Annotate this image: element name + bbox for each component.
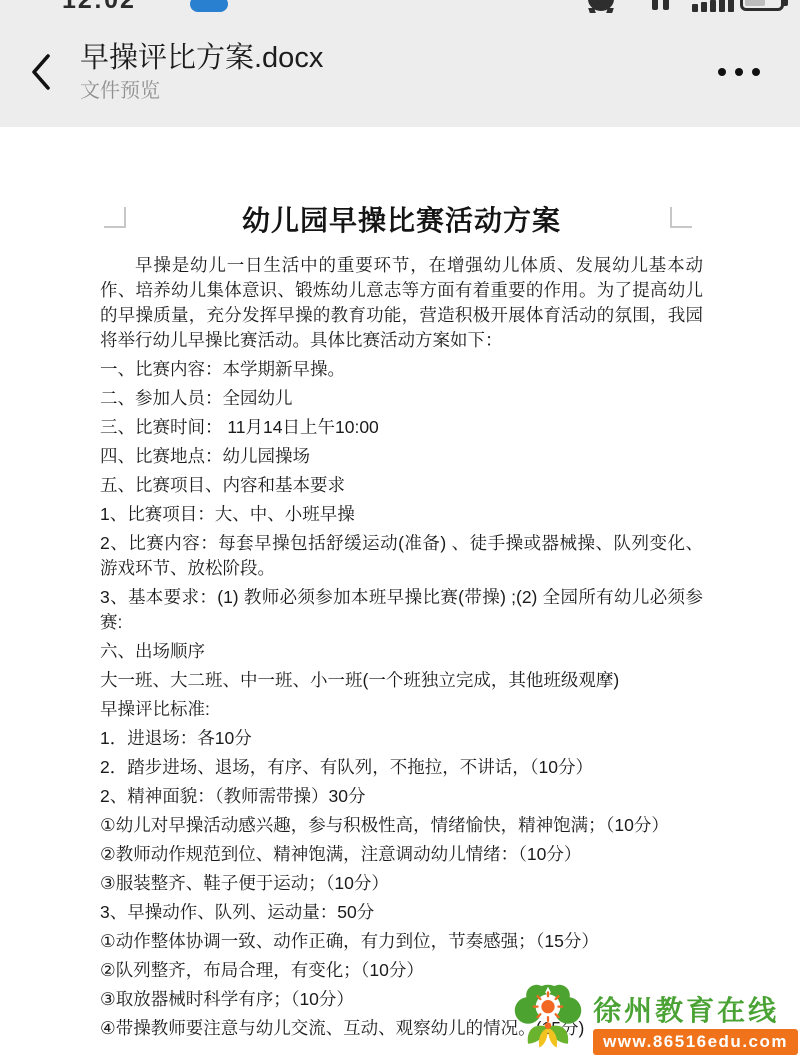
chevron-left-icon bbox=[28, 52, 52, 92]
preview-label: 文件预览 bbox=[80, 79, 323, 103]
status-bar: 12:02 bbox=[0, 0, 800, 16]
doc-paragraph: ③服装整齐、鞋子便于运动；（10分） bbox=[100, 871, 703, 896]
doc-paragraph: 2、精神面貌：（教师需带操）30分 bbox=[100, 784, 703, 809]
battery-icon bbox=[740, 0, 784, 11]
doc-paragraph: 2、比赛内容：每套早操包括舒缓运动(准备) 、徒手操或器械操、队列变化、游戏环节… bbox=[100, 531, 703, 581]
page-corner-mark-right bbox=[670, 207, 692, 228]
doc-paragraph: 3、基本要求：(1) 教师必须参加本班早操比赛(带操) ;(2) 全园所有幼儿必… bbox=[100, 585, 703, 635]
signal-bars-icon bbox=[692, 0, 734, 12]
doc-paragraph: 1、比赛项目：大、中、小班早操 bbox=[100, 502, 703, 527]
doc-body: 一、比赛内容：本学期新早操。二、参加人员：全园幼儿三、比赛时间： 11月14日上… bbox=[100, 357, 703, 1041]
doc-paragraph: ②教师动作规范到位、精神饱满，注意调动幼儿情绪：（10分） bbox=[100, 842, 703, 867]
doc-paragraph: ②队列整齐，布局合理，有变化；（10分） bbox=[100, 958, 703, 983]
site-name: 徐州教育在线 bbox=[593, 996, 779, 1026]
back-button[interactable] bbox=[22, 47, 58, 97]
doc-paragraph: 六、出场顺序 bbox=[100, 639, 703, 664]
doc-paragraph: ①动作整体协调一致、动作正确，有力到位，节奏感强；（15分） bbox=[100, 929, 703, 954]
doc-paragraph: 三、比赛时间： 11月14日上午10:00 bbox=[100, 415, 703, 440]
header-titles: 早操评比方案.docx 文件预览 bbox=[80, 40, 323, 103]
preview-header: 早操评比方案.docx 文件预览 bbox=[0, 16, 800, 127]
doc-intro-paragraph: 早操是幼儿一日生活中的重要环节，在增强幼儿体质、发展幼儿基本动作、培养幼儿集体意… bbox=[100, 253, 703, 353]
document-title: 幼儿园早操比赛活动方案 bbox=[100, 203, 703, 239]
doc-paragraph: 早操评比标准: bbox=[100, 697, 703, 722]
alarm-clock-icon bbox=[588, 0, 614, 11]
doc-paragraph: 3、早操动作、队列、运动量：50分 bbox=[100, 900, 703, 925]
doc-paragraph: ①幼儿对早操活动感兴趣，参与积极性高，情绪愉快，精神饱满；（10分） bbox=[100, 813, 703, 838]
doc-paragraph: 五、比赛项目、内容和基本要求 bbox=[100, 473, 703, 498]
notification-badge-icon bbox=[190, 0, 228, 12]
ellipsis-icon bbox=[718, 68, 726, 76]
doc-paragraph: 大一班、大二班、中一班、小一班(一个班独立完成，其他班级观摩) bbox=[100, 668, 703, 693]
site-watermark: 徐州教育在线 www.86516edu.com bbox=[505, 981, 798, 1057]
doc-page: 幼儿园早操比赛活动方案 早操是幼儿一日生活中的重要环节，在增强幼儿体质、发展幼儿… bbox=[0, 127, 800, 1041]
document-preview[interactable]: 幼儿园早操比赛活动方案 早操是幼儿一日生活中的重要环节，在增强幼儿体质、发展幼儿… bbox=[0, 127, 800, 1062]
file-preview-screen: 12:02 早操评比方案.docx 文件预览 幼儿园早操比赛活动方案 早操是幼儿… bbox=[0, 0, 800, 1062]
doc-paragraph: 2．踏步进场、退场，有序、有队列，不拖拉，不讲话，（10分） bbox=[100, 755, 703, 780]
more-options-button[interactable] bbox=[718, 58, 760, 86]
volte-icon bbox=[652, 0, 669, 10]
page-corner-mark-left bbox=[104, 207, 126, 228]
site-url: www.86516edu.com bbox=[593, 1029, 798, 1055]
doc-paragraph: 四、比赛地点：幼儿园操场 bbox=[100, 444, 703, 469]
tree-sun-logo-icon bbox=[505, 981, 591, 1057]
file-title: 早操评比方案.docx bbox=[80, 40, 323, 76]
doc-paragraph: 二、参加人员：全园幼儿 bbox=[100, 386, 703, 411]
status-time: 12:02 bbox=[62, 0, 136, 15]
doc-paragraph: 一、比赛内容：本学期新早操。 bbox=[100, 357, 703, 382]
doc-paragraph: 1．进退场：各10分 bbox=[100, 726, 703, 751]
watermark-text: 徐州教育在线 www.86516edu.com bbox=[593, 996, 798, 1055]
